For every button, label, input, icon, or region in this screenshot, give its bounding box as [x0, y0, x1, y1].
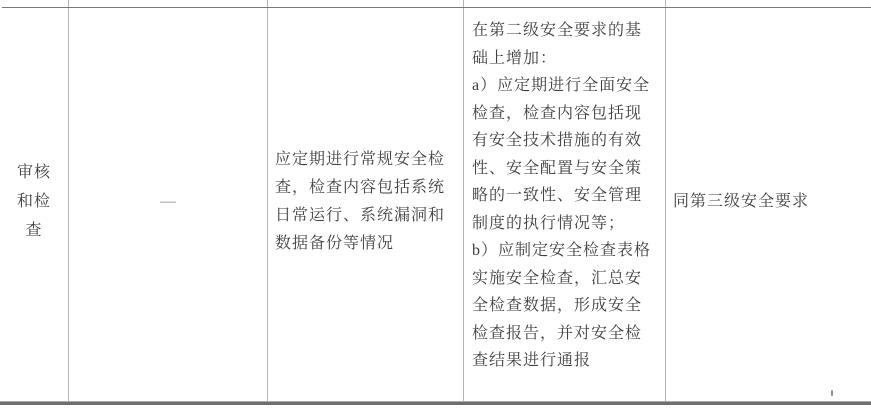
table-bottom-border	[0, 401, 871, 405]
level-4-text: 同第三级安全要求	[673, 188, 809, 216]
document-page: 审核 和检 查 — 应定期进行常规安全检 查，检查内容包括系统 日常运行、系统漏…	[0, 0, 871, 409]
item-category-label: 审核 和检 查	[17, 158, 51, 245]
table-cell-level-2: 应定期进行常规安全检 查，检查内容包括系统 日常运行、系统漏洞和 数据备份等情况	[267, 0, 463, 403]
level-3-text: 在第二级安全要求的基 础上增加： a）应定期进行全面安全 检查，检查内容包括现 …	[472, 17, 651, 375]
level-1-dash: —	[160, 188, 176, 216]
table-cell-level-3: 在第二级安全要求的基 础上增加： a）应定期进行全面安全 检查，检查内容包括现 …	[463, 0, 665, 403]
row-top-border	[2, 7, 871, 8]
table-row: 审核 和检 查 — 应定期进行常规安全检 查，检查内容包括系统 日常运行、系统漏…	[0, 0, 871, 403]
table-cell-level-4: 同第三级安全要求	[665, 0, 871, 403]
scan-speck-artifact	[831, 390, 833, 396]
level-2-text: 应定期进行常规安全检 查，检查内容包括系统 日常运行、系统漏洞和 数据备份等情况	[275, 146, 445, 258]
table-cell-item-category: 审核 和检 查	[0, 0, 68, 403]
table-cell-level-1: —	[68, 0, 267, 403]
